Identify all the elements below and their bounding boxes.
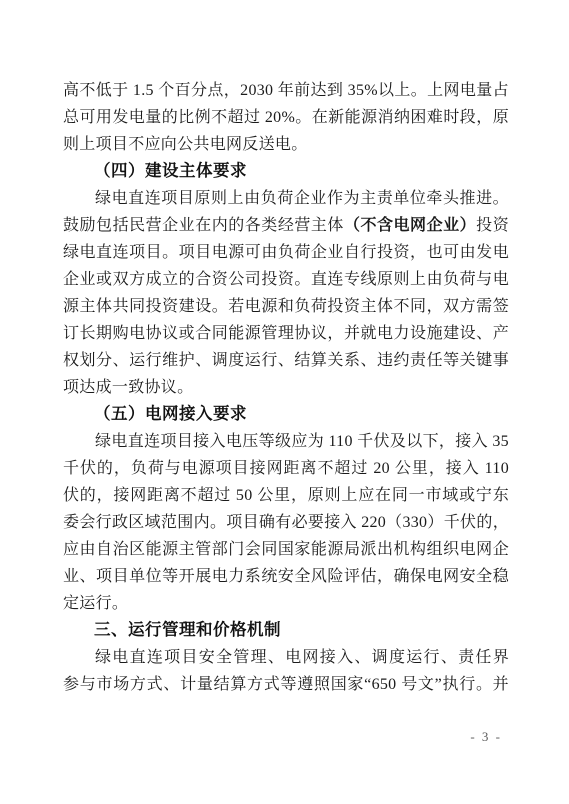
text-line: 应由自治区能源主管部门会同国家能源局派出机构组织电网企 bbox=[63, 536, 509, 563]
text-line: 参与市场方式、计量结算方式等遵照国家“650 号文”执行。并网 bbox=[63, 671, 509, 698]
text-line: 绿电直连项目安全管理、电网接入、调度运行、责任界面、 bbox=[63, 644, 509, 671]
text-line: 伏的，接网距离不超过 50 公里，原则上应在同一市域或宁东管 bbox=[63, 482, 509, 509]
text-line: 源主体共同投资建设。若电源和负荷投资主体不同，双方需签 bbox=[63, 293, 509, 320]
section-heading: （四）建设主体要求 bbox=[63, 158, 509, 185]
text-line: 项达成一致协议。 bbox=[63, 374, 509, 401]
section-heading: （五）电网接入要求 bbox=[63, 401, 509, 428]
paragraph: 绿电直连项目原则上由负荷企业作为主责单位牵头推进。 鼓励包括民营企业在内的各类经… bbox=[63, 185, 509, 401]
text-line: 定运行。 bbox=[63, 590, 509, 617]
text-line: 绿电直连项目。项目电源可由负荷企业自行投资，也可由发电 bbox=[63, 239, 509, 266]
paragraph: 绿电直连项目接入电压等级应为 110 千伏及以下，接入 35 千伏的，负荷与电源… bbox=[63, 428, 509, 617]
paragraph: 高不低于 1.5 个百分点，2030 年前达到 35%以上。上网电量占 总可用发… bbox=[63, 77, 509, 158]
text-line: 绿电直连项目接入电压等级应为 110 千伏及以下，接入 35 bbox=[63, 428, 509, 455]
text-line: 绿电直连项目原则上由负荷企业作为主责单位牵头推进。 bbox=[63, 185, 509, 212]
text-segment: 鼓励包括民营企业在内的各类经营主体 bbox=[63, 217, 344, 234]
text-line: 企业或双方成立的合资公司投资。直连专线原则上由负荷与电 bbox=[63, 266, 509, 293]
page-content: 高不低于 1.5 个百分点，2030 年前达到 35%以上。上网电量占 总可用发… bbox=[63, 77, 509, 698]
paragraph: 绿电直连项目安全管理、电网接入、调度运行、责任界面、 参与市场方式、计量结算方式… bbox=[63, 644, 509, 698]
section-heading: 三、运行管理和价格机制 bbox=[63, 617, 509, 644]
text-line: 权划分、运行维护、调度运行、结算关系、违约责任等关键事 bbox=[63, 347, 509, 374]
bold-text-segment: （不含电网企业） bbox=[344, 217, 476, 234]
text-line: 总可用发电量的比例不超过 20%。在新能源消纳困难时段，原 bbox=[63, 104, 509, 131]
text-line: 委会行政区域范围内。项目确有必要接入 220（330）千伏的， bbox=[63, 509, 509, 536]
page-number: - 3 - bbox=[470, 729, 502, 745]
document-page: 高不低于 1.5 个百分点，2030 年前达到 35%以上。上网电量占 总可用发… bbox=[0, 0, 569, 804]
text-line: 高不低于 1.5 个百分点，2030 年前达到 35%以上。上网电量占 bbox=[63, 77, 509, 104]
text-line: 订长期购电协议或合同能源管理协议，并就电力设施建设、产 bbox=[63, 320, 509, 347]
text-line: 千伏的，负荷与电源项目接网距离不超过 20 公里，接入 110 千 bbox=[63, 455, 509, 482]
text-line: 则上项目不应向公共电网反送电。 bbox=[63, 131, 509, 158]
text-line: 业、项目单位等开展电力系统安全风险评估，确保电网安全稳 bbox=[63, 563, 509, 590]
text-line: 鼓励包括民营企业在内的各类经营主体（不含电网企业）投资 bbox=[63, 212, 509, 239]
text-segment: 投资 bbox=[476, 217, 509, 234]
